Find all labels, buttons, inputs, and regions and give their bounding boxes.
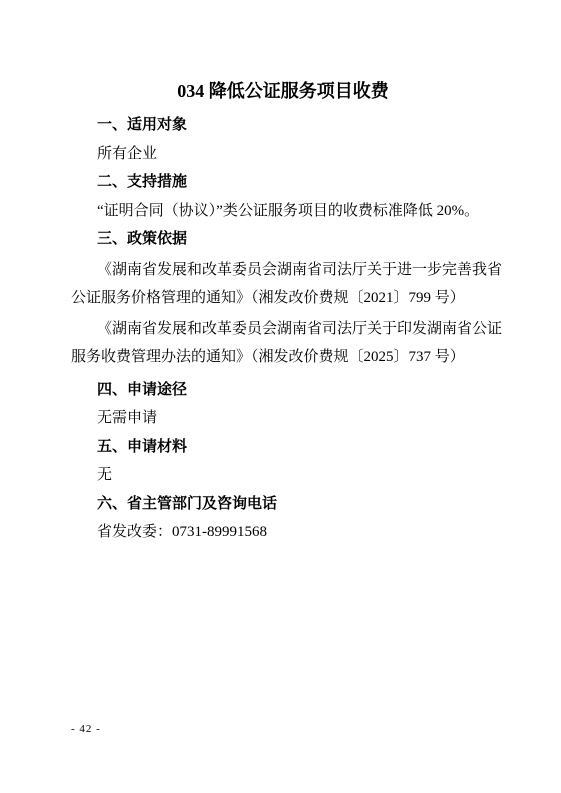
section-applicable-targets: 一、适用对象 所有企业 bbox=[71, 111, 495, 168]
document-title: 034 降低公证服务项目收费 bbox=[71, 77, 495, 105]
body-line: 服务收费管理办法的通知》（湘发改价费规〔2025〕737 号） bbox=[71, 343, 495, 372]
section-application-channel: 四、申请途径 无需申请 bbox=[71, 376, 495, 433]
section-policy-basis: 三、政策依据 《湖南省发展和改革委员会湖南省司法厅关于进一步完善我省 公证服务价… bbox=[71, 225, 495, 372]
section-application-materials: 五、申请材料 无 bbox=[71, 433, 495, 490]
body-line: 无 bbox=[71, 461, 495, 490]
content-area: 034 降低公证服务项目收费 一、适用对象 所有企业 二、支持措施 “证明合同（… bbox=[71, 77, 495, 547]
body-line: 无需申请 bbox=[71, 404, 495, 433]
section-department-contact: 六、省主管部门及咨询电话 省发改委：0731-89991568 bbox=[71, 490, 495, 547]
body-line: 《湖南省发展和改革委员会湖南省司法厅关于印发湖南省公证 bbox=[71, 315, 495, 344]
section-heading: 一、适用对象 bbox=[71, 111, 495, 140]
body-line: “证明合同（协议）”类公证服务项目的收费标准降低 20%。 bbox=[71, 197, 495, 226]
policy-paragraph: 《湖南省发展和改革委员会湖南省司法厅关于进一步完善我省 公证服务价格管理的通知》… bbox=[71, 256, 495, 313]
body-line: 公证服务价格管理的通知》（湘发改价费规〔2021〕799 号） bbox=[71, 284, 495, 313]
section-support-measures: 二、支持措施 “证明合同（协议）”类公证服务项目的收费标准降低 20%。 bbox=[71, 168, 495, 225]
section-heading: 四、申请途径 bbox=[71, 376, 495, 405]
body-line: 《湖南省发展和改革委员会湖南省司法厅关于进一步完善我省 bbox=[71, 256, 495, 285]
body-line: 所有企业 bbox=[71, 140, 495, 169]
document-page: 034 降低公证服务项目收费 一、适用对象 所有企业 二、支持措施 “证明合同（… bbox=[0, 0, 561, 793]
section-heading: 二、支持措施 bbox=[71, 168, 495, 197]
section-heading: 五、申请材料 bbox=[71, 433, 495, 462]
section-heading: 六、省主管部门及咨询电话 bbox=[71, 490, 495, 519]
section-heading: 三、政策依据 bbox=[71, 225, 495, 254]
page-number: - 42 - bbox=[71, 722, 101, 736]
body-line contact-phone: 省发改委：0731-89991568 bbox=[71, 518, 495, 547]
policy-paragraph: 《湖南省发展和改革委员会湖南省司法厅关于印发湖南省公证 服务收费管理办法的通知》… bbox=[71, 315, 495, 372]
